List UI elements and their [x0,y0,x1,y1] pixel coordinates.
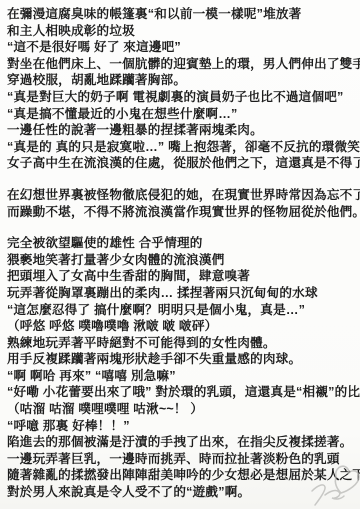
text-line: “這怎麼忍得了 搞什麼啊？明明只是個小鬼，真是…” [7,302,358,319]
text-line: 女子高中生在流浪漢的住處，從服於他們之下，這還真是不得了的光景。 [7,155,358,172]
text-line: 一邊任性的說著一邊粗暴的捏揉著兩塊柔肉。 [7,122,358,139]
paragraph: 在彌漫這腐臭味的帳篷裏“和以前一模一樣呢”堆放著和主人相映成彰的垃圾“這不是很好… [7,6,358,172]
text-line: 和主人相映成彰的垃圾 [7,23,358,40]
text-line: “啊 啊哈 再來” “嘻嘻 別急嘛” [7,368,358,385]
text-line: 玩弄著從胸罩裏蹦出的柔肉… 揉捏著兩只沉甸甸的水球 [7,285,358,302]
text-line: （呼悠 呼悠 噗嚕噗嚕 湫啵 啵 啵砰） [7,318,358,335]
text-line: （咕溜 咕溜 噗哩噗哩 咕湫~~！ ） [7,401,358,418]
text-line: “呼噫 那裏 好棒！！” [7,418,358,435]
text-line: 完全被欲望驅使的雄性 合乎情理的 [7,235,358,252]
text-line: 熟練地玩弄著平時絕對不可能得到的女性肉體。 [7,335,358,352]
document-body: 在彌漫這腐臭味的帳篷裏“和以前一模一樣呢”堆放著和主人相映成彰的垃圾“這不是很好… [7,6,358,501]
text-line: “真是對巨大的奶子啊 電視劇裏的演員奶子也比不過這個吧” [7,89,358,106]
text-line: “真是的 真的只是寂寞啦…” 嘴上抱怨著，卻毫不反抗的環微笑著。 [7,139,358,156]
text-line: “好嘞 小花蕾要出來了哦” 對於環的乳頭，這還真是“相襯”的比喻。 [7,384,358,401]
text-line: 穿過校服，胡亂地蹂躪著胸部。 [7,72,358,89]
text-line: “真是搞不懂最近的小鬼在想些什麼啊…” [7,106,358,123]
text-line: 把頭埋入了女高中生香甜的胸間，肆意嗅著 [7,268,358,285]
text-line: 用手反複蹂躪著兩塊形狀趁手卻不失重量感的肉球。 [7,351,358,368]
text-line: 在彌漫這腐臭味的帳篷裏“和以前一模一樣呢”堆放著 [7,6,358,23]
heart-scribble-doodle [298,451,360,509]
paragraph: 在幻想世界裏被怪物徹底侵犯的她，在現實世界時常因為忘不了“那個”而躁動不堪，不得… [7,187,358,220]
text-line: 對坐在他們床上、一個肮髒的迎賓墊上的環，男人們伸出了雙手 [7,56,358,73]
text-line: “這不是很好嗎 好了 來這邊吧” [7,39,358,56]
page-background: 在彌漫這腐臭味的帳篷裏“和以前一模一樣呢”堆放著和主人相映成彰的垃圾“這不是很好… [0,0,360,509]
text-line: 在幻想世界裏被怪物徹底侵犯的她，在現實世界時常因為忘不了“那個” [7,187,358,204]
text-line: 猥褻地笑著打量著少女肉體的流浪漢們 [7,252,358,269]
text-line: 而躁動不堪，不得不將流浪漢當作現實世界的怪物屈從於他們。 [7,204,358,221]
text-line: 陷進去的那個被滿是汙漬的手拽了出來，在指尖反複揉搓著。 [7,434,358,451]
